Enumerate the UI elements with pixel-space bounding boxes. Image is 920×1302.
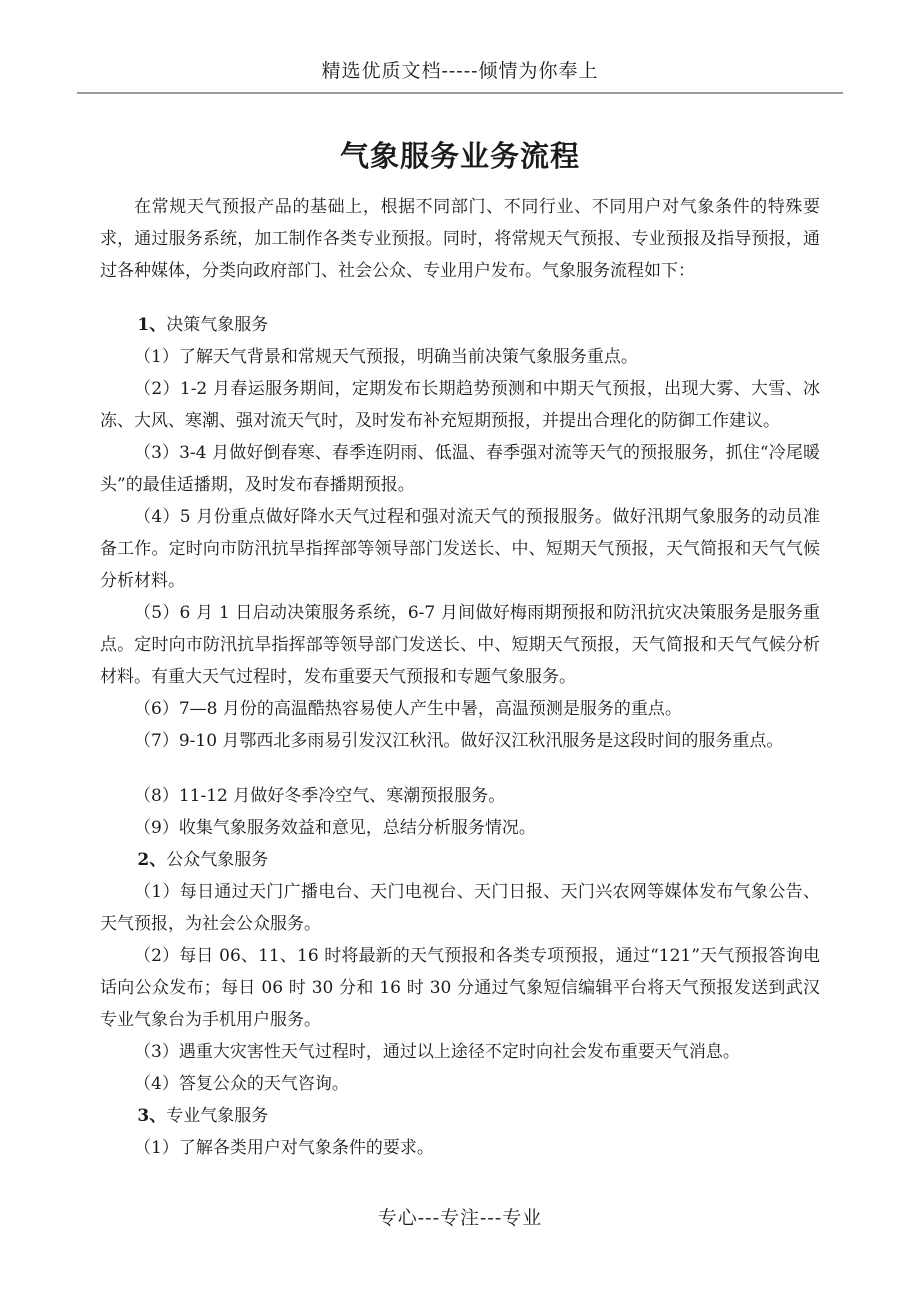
page-header: 精选优质文档-----倾情为你奉上 bbox=[77, 56, 843, 94]
section1-item-9: （9）收集气象服务效益和意见，总结分析服务情况。 bbox=[100, 812, 820, 844]
section1-item-2: （2）1-2 月春运服务期间，定期发布长期趋势预测和中期天气预报，出现大雾、大雪… bbox=[100, 373, 820, 437]
footer-watermark-text: 专心---专注---专业 bbox=[378, 1207, 543, 1229]
section1-item-6: （6）7—8 月份的高温酷热容易使人产生中暑，高温预测是服务的重点。 bbox=[100, 693, 820, 725]
section3-number: 3、 bbox=[137, 1106, 166, 1126]
header-watermark-text: 精选优质文档-----倾情为你奉上 bbox=[321, 60, 598, 82]
section2-item-3: （3）遇重大灾害性天气过程时，通过以上途径不定时向社会发布重要天气消息。 bbox=[100, 1036, 820, 1068]
section1-title: 决策气象服务 bbox=[166, 315, 268, 335]
section2-heading: 2、公众气象服务 bbox=[100, 844, 820, 876]
document-page: 精选优质文档-----倾情为你奉上 气象服务业务流程 在常规天气预报产品的基础上… bbox=[0, 0, 920, 1302]
section1-item-1: （1）了解天气背景和常规天气预报，明确当前决策气象服务重点。 bbox=[100, 341, 820, 373]
section2-item-4: （4）答复公众的天气咨询。 bbox=[100, 1068, 820, 1100]
section1-item-7: （7）9-10 月鄂西北多雨易引发汉江秋汛。做好汉江秋汛服务是这段时间的服务重点… bbox=[100, 725, 820, 757]
section1-heading: 1、决策气象服务 bbox=[100, 309, 820, 341]
intro-paragraph: 在常规天气预报产品的基础上，根据不同部门、不同行业、不同用户对气象条件的特殊要求… bbox=[100, 191, 820, 287]
section3-title: 专业气象服务 bbox=[166, 1106, 268, 1126]
document-content: 气象服务业务流程 在常规天气预报产品的基础上，根据不同部门、不同行业、不同用户对… bbox=[100, 118, 820, 1164]
section3-item-1: （1）了解各类用户对气象条件的要求。 bbox=[100, 1132, 820, 1164]
section2-item-2: （2）每日 06、11、16 时将最新的天气预报和各类专项预报，通过“121”天… bbox=[100, 940, 820, 1036]
section2-title: 公众气象服务 bbox=[166, 850, 268, 870]
section3-heading: 3、专业气象服务 bbox=[100, 1100, 820, 1132]
document-title: 气象服务业务流程 bbox=[100, 134, 820, 175]
section1-number: 1、 bbox=[137, 315, 166, 335]
section1-item-5: （5）6 月 1 日启动决策服务系统，6-7 月间做好梅雨期预报和防汛抗灾决策服… bbox=[100, 597, 820, 693]
section2-item-1: （1）每日通过天门广播电台、天门电视台、天门日报、天门兴农网等媒体发布气象公告、… bbox=[100, 876, 820, 940]
section1-item-3: （3）3-4 月做好倒春寒、春季连阴雨、低温、春季强对流等天气的预报服务，抓住“… bbox=[100, 437, 820, 501]
section1-item-4: （4）5 月份重点做好降水天气过程和强对流天气的预报服务。做好汛期气象服务的动员… bbox=[100, 501, 820, 597]
section2-number: 2、 bbox=[137, 850, 166, 870]
section1-item-8: （8）11-12 月做好冬季冷空气、寒潮预报服务。 bbox=[100, 780, 820, 812]
blank-line-spacer bbox=[100, 757, 820, 780]
page-footer: 专心---专注---专业 bbox=[0, 1203, 920, 1230]
